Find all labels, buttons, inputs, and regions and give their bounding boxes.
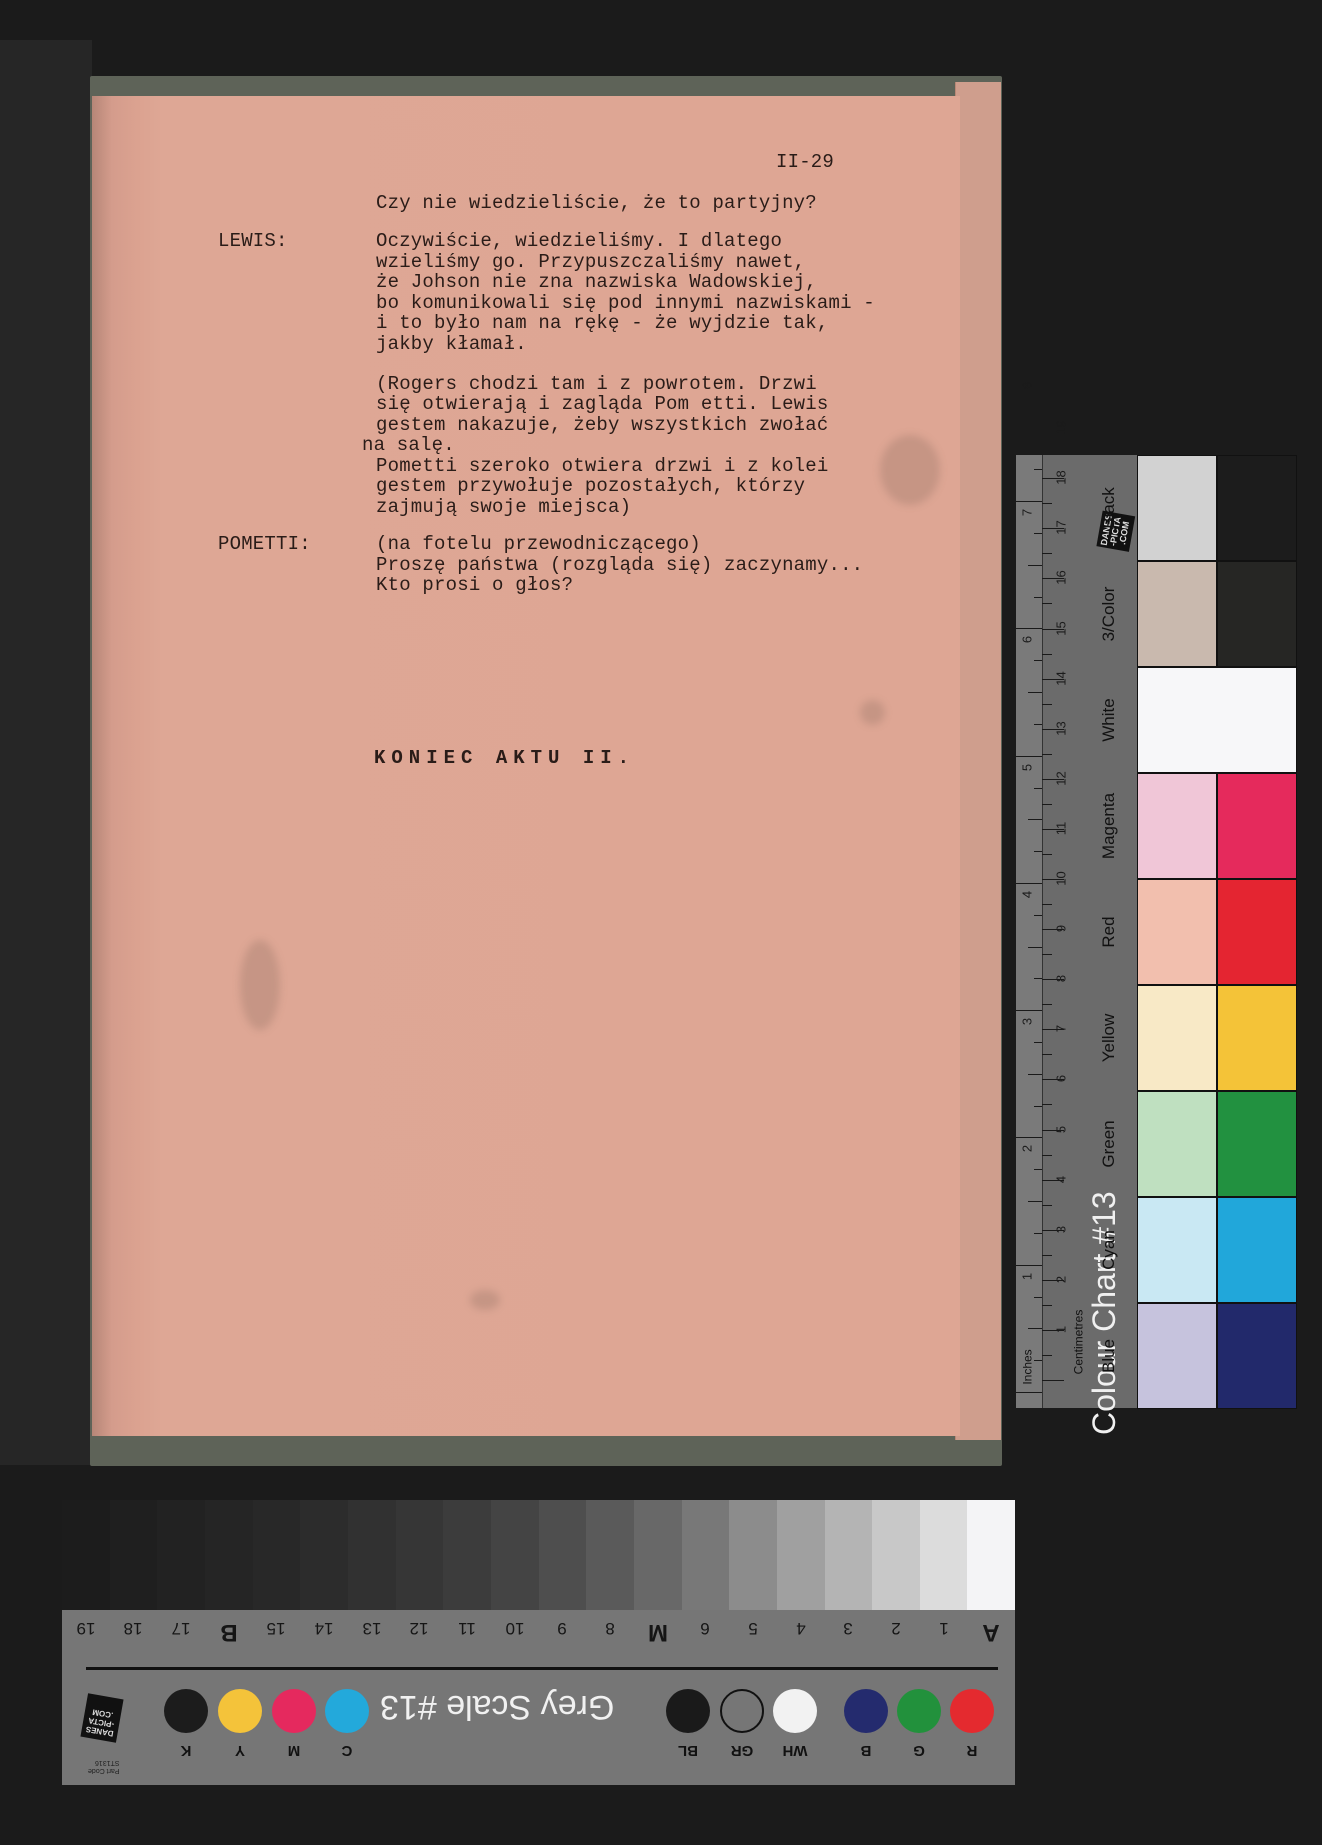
script-line: (na fotelu przewodniczącego) [376, 534, 701, 555]
tint-patch [1137, 455, 1217, 561]
cm-mark: 11 [1054, 813, 1069, 843]
centimetres-label: Centimetres [1071, 1310, 1085, 1375]
page-stack-edge [955, 82, 1001, 1440]
grey-step-number: 8 [590, 1618, 630, 1638]
grey-step [443, 1500, 491, 1610]
cm-mark: 15 [1054, 613, 1069, 643]
cm-mark: 5 [1054, 1114, 1069, 1144]
solid-patch [1217, 773, 1297, 879]
tint-patch [1137, 879, 1217, 985]
patch-label: White [1099, 670, 1119, 770]
grey-step-number: 13 [352, 1618, 392, 1638]
grey-step-number: A [971, 1618, 1011, 1646]
script-line: na salę. [362, 435, 455, 456]
script-line: Pometti szeroko otwiera drzwi i z kolei [376, 456, 828, 477]
inch-mark: 2 [1020, 1134, 1035, 1164]
grey-step [205, 1500, 253, 1610]
reference-dot [218, 1689, 262, 1733]
grey-step [110, 1500, 158, 1610]
patch-label: Blue [1099, 1306, 1119, 1406]
grey-step-number: M [638, 1618, 678, 1646]
script-line: Oczywiście, wiedzieliśmy. I dlatego [376, 231, 782, 252]
dot-label: BL [666, 1742, 710, 1759]
cm-mark: 13 [1054, 713, 1069, 743]
script-line: że Johson nie zna nazwiska Wadowskiej, [376, 272, 817, 293]
script-line: jakby kłamał. [376, 334, 527, 355]
grey-step [491, 1500, 539, 1610]
grey-step-number: 15 [256, 1618, 296, 1638]
grey-step [729, 1500, 777, 1610]
grey-scale-card: A123456M89101112131415B171819 Grey Scale… [62, 1500, 1015, 1785]
cm-mark: 19 [1054, 413, 1069, 443]
grey-step-number: 1 [924, 1618, 964, 1638]
grey-step-number: 17 [161, 1618, 201, 1638]
stain [470, 1290, 500, 1310]
inch-mark: 8 [1020, 370, 1035, 400]
grey-step [396, 1500, 444, 1610]
solid-patch [1217, 985, 1297, 1091]
script-line: (Rogers chodzi tam i z powrotem. Drzwi [376, 374, 817, 395]
grey-step [348, 1500, 396, 1610]
dot-label: GR [720, 1742, 764, 1759]
backboard [0, 40, 92, 1465]
tint-patch [1137, 561, 1217, 667]
inch-mark: 6 [1020, 625, 1035, 655]
script-line: gestem nakazuje, żeby wszystkich zwołać [376, 415, 828, 436]
act-end-heading: KONIEC AKTU II. [374, 748, 635, 769]
grey-step [539, 1500, 587, 1610]
cm-mark: 6 [1054, 1064, 1069, 1094]
part-code: Part CodeST1316 [88, 1758, 120, 1774]
grey-step-number: 2 [876, 1618, 916, 1638]
script-line: gestem przywołuje pozostałych, którzy [376, 476, 805, 497]
patch-label: Magenta [1099, 776, 1119, 876]
grey-step [825, 1500, 873, 1610]
inch-mark: 3 [1020, 1007, 1035, 1037]
grey-step [920, 1500, 968, 1610]
script-line: bo komunikowali się pod innymi nazwiskam… [376, 293, 875, 314]
reference-dot [720, 1689, 764, 1733]
reference-dot [844, 1689, 888, 1733]
tint-patch [1137, 985, 1217, 1091]
page-number: II-29 [776, 152, 834, 173]
grey-step [253, 1500, 301, 1610]
grey-step-number: 18 [113, 1618, 153, 1638]
dot-label: WH [773, 1742, 817, 1759]
patch-label: Yellow [1099, 988, 1119, 1088]
grey-step [967, 1500, 1015, 1610]
reference-dot [666, 1689, 710, 1733]
tint-patch [1137, 1197, 1217, 1303]
cm-mark: 12 [1054, 763, 1069, 793]
inches-label: Inches [1021, 1349, 1035, 1384]
solid-patch [1217, 879, 1297, 985]
reference-dot [164, 1689, 208, 1733]
grey-scale-title: Grey Scale #13 [380, 1687, 614, 1726]
patch-label: 3/Color [1099, 564, 1119, 664]
grey-step-number: 10 [495, 1618, 535, 1638]
inch-mark: 7 [1020, 498, 1035, 528]
script-line: się otwierają i zagląda Pom etti. Lewis [376, 394, 828, 415]
cm-mark: 3 [1054, 1214, 1069, 1244]
cm-mark: 16 [1054, 563, 1069, 593]
cm-mark: 2 [1054, 1264, 1069, 1294]
script-line: wzieliśmy go. Przypuszczaliśmy nawet, [376, 252, 805, 273]
cm-mark: 8 [1054, 964, 1069, 994]
grey-step-number: 14 [304, 1618, 344, 1638]
solid-patch [1217, 1197, 1297, 1303]
speaker-name: LEWIS: [218, 231, 288, 252]
grey-step-number: 19 [66, 1618, 106, 1638]
danes-picta-logo: DANES-PICTA.COM [80, 1693, 123, 1743]
reference-dot [325, 1689, 369, 1733]
grey-step [682, 1500, 730, 1610]
dot-label: M [272, 1742, 316, 1759]
cm-mark: 18 [1054, 463, 1069, 493]
tint-patch [1137, 1303, 1217, 1409]
grey-step-number: 12 [399, 1618, 439, 1638]
solid-patch [1217, 561, 1297, 667]
patch-label: Cyan [1099, 1200, 1119, 1300]
stain [860, 700, 885, 725]
grey-step-number: 4 [781, 1618, 821, 1638]
grey-step-number: 6 [685, 1618, 725, 1638]
colour-chart: 1234567891011121314151617181912345678 Co… [1016, 455, 1297, 1408]
reference-dot [897, 1689, 941, 1733]
dot-label: C [325, 1742, 369, 1759]
patch-label: Red [1099, 882, 1119, 982]
grey-step-number: 5 [733, 1618, 773, 1638]
dot-label: R [950, 1742, 994, 1759]
grey-step-number: 9 [542, 1618, 582, 1638]
reference-dot [950, 1689, 994, 1733]
patch-label: Green [1099, 1094, 1119, 1194]
solid-patch [1217, 455, 1297, 561]
grey-step [586, 1500, 634, 1610]
cm-mark: 14 [1054, 663, 1069, 693]
inch-mark: 5 [1020, 752, 1035, 782]
cm-mark: 10 [1054, 864, 1069, 894]
divider-rule [86, 1667, 998, 1670]
tint-patch [1137, 773, 1217, 879]
dot-label: K [164, 1742, 208, 1759]
cm-mark: 9 [1054, 914, 1069, 944]
grey-step [777, 1500, 825, 1610]
grey-step [872, 1500, 920, 1610]
cm-mark: 7 [1054, 1014, 1069, 1044]
stain [880, 435, 940, 505]
grey-step [62, 1500, 110, 1610]
script-line: Kto prosi o głos? [376, 575, 573, 596]
inch-mark: 4 [1020, 879, 1035, 909]
white-patch [1137, 667, 1297, 773]
grey-step-number: B [209, 1618, 249, 1646]
dot-label: G [897, 1742, 941, 1759]
tint-patch [1137, 1091, 1217, 1197]
grey-step-number: 11 [447, 1618, 487, 1638]
grey-steps [62, 1500, 1015, 1610]
script-line: Czy nie wiedzieliście, że to partyjny? [376, 193, 817, 214]
cm-mark: 17 [1054, 513, 1069, 543]
script-line: zajmują swoje miejsca) [376, 497, 631, 518]
script-line: Proszę państwa (rozgląda się) zaczynamy.… [376, 555, 863, 576]
grey-step-number: 3 [828, 1618, 868, 1638]
grey-step [157, 1500, 205, 1610]
grey-step [300, 1500, 348, 1610]
script-line: i to było nam na rękę - że wyjdzie tak, [376, 313, 828, 334]
reference-dot [773, 1689, 817, 1733]
stain [240, 940, 280, 1030]
grey-step [634, 1500, 682, 1610]
cm-mark: 1 [1054, 1314, 1069, 1344]
cm-mark: 4 [1054, 1164, 1069, 1194]
dot-label: B [844, 1742, 888, 1759]
reference-dot [272, 1689, 316, 1733]
inch-mark: 1 [1020, 1261, 1035, 1291]
solid-patch [1217, 1091, 1297, 1197]
solid-patch [1217, 1303, 1297, 1409]
dot-label: Y [218, 1742, 262, 1759]
patch-label: Black [1099, 458, 1119, 558]
speaker-name: POMETTI: [218, 534, 311, 555]
